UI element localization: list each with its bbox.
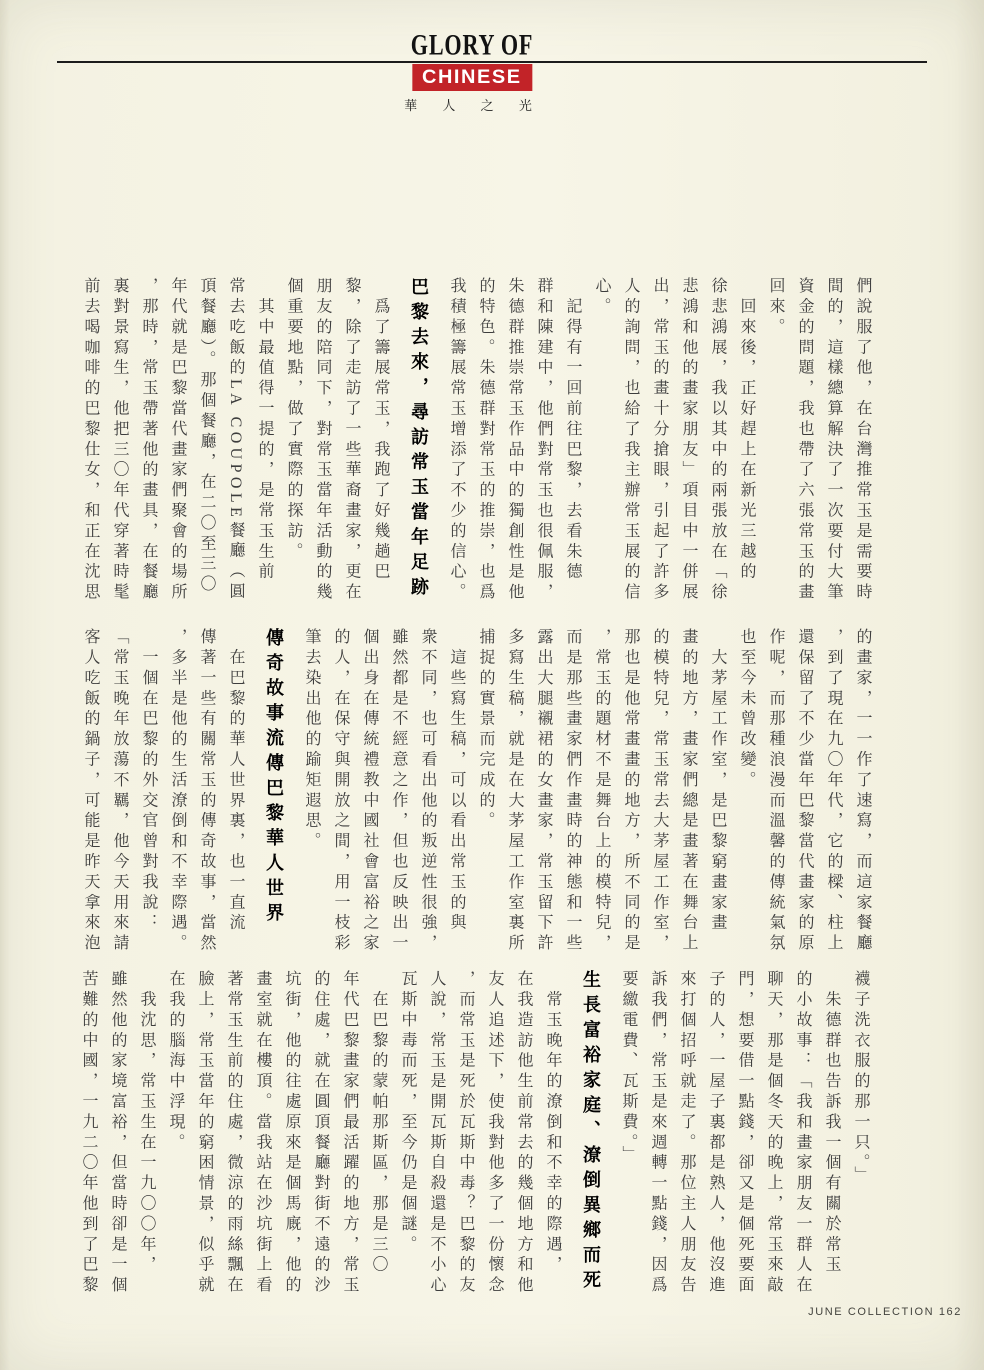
section-heading: 生長富裕家庭、潦倒異鄉而死 [576,970,605,1304]
text-column: 襪子洗衣服的那一只。」 [846,970,875,1304]
text-column: 要繳電費、瓦斯費。」 [614,970,643,1304]
magazine-page: GLORY OF CHINESE 華 人 之 光 們說服了他，在台灣推常玉是需要… [0,0,984,1370]
text-column: 前去喝咖啡的巴黎仕女，和正在沈思 [76,277,105,611]
text-column: 在巴黎的蒙帕那斯區，那是三〇 [364,970,393,1304]
masthead-subtitle: 華 人 之 光 [404,95,540,114]
text-column: 的人，在保守與開放之間，用一枝彩 [326,628,355,962]
masthead-chinese-box: CHINESE [412,64,532,91]
article-band-middle: 的畫家，一一作了速寫，而這家餐廳，到了現在九〇年代，它的樑、柱上還保留了不少當年… [76,628,877,962]
text-column: 裏對景寫生，他把三〇年代穿著時髦 [105,277,134,611]
text-column: 傳著一些有關常玉的傳奇故事，當然 [192,628,221,962]
text-column: 苦難的中國，一九二〇年他到了巴黎 [74,970,103,1304]
text-column: 畫的地方，畫家們總是畫著在舞台上 [674,628,703,962]
text-column: 資金的問題，我也帶了六張常玉的畫 [790,277,819,611]
text-column: ，多半是他的生活潦倒和不幸際遇。 [163,628,192,962]
masthead: GLORY OF CHINESE 華 人 之 光 [397,30,546,114]
text-column: 爲了籌展常玉，我跑了好幾趟巴 [366,277,395,611]
text-column: 常玉晚年的潦倒和不幸的際遇， [538,970,567,1304]
text-column: 還保留了不少當年巴黎當代畫家的原 [790,628,819,962]
text-column: 回來後，正好趕上在新光三越的 [732,277,761,611]
text-column: 畫室就在樓頂。當我站在沙坑街上看 [248,970,277,1304]
text-column: 回來。 [761,277,790,611]
text-column: 的畫家，一一作了速寫，而這家餐廳 [848,628,877,962]
text-column: 訴我們，常玉是來週轉一點錢，因爲 [643,970,672,1304]
masthead-chinese-title: CHINESE [422,67,522,89]
text-column: 常去吃飯的LA COUPOLE餐廳（圓 [221,277,250,611]
text-column: 悲鴻和他的畫家朋友」項目中一併展 [674,277,703,611]
text-column: 心。 [587,277,616,611]
text-column: 那也是他常畫畫的地方，所不同的是 [616,628,645,962]
text-column: 在巴黎的華人世界裏，也一直流 [221,628,250,962]
text-column: 的模特兒，常玉常去大茅屋工作室， [645,628,674,962]
text-column: ，而常玉是死於瓦斯中毒？巴黎的友 [451,970,480,1304]
text-column: 個出身在傳統禮教中國社會富裕之家 [355,628,384,962]
text-column: 其中最值得一提的，是常玉生前 [250,277,279,611]
text-column: 的住處，就在圓頂餐廳對街不遠的沙 [306,970,335,1304]
text-column: 著常玉生前的住處，微涼的雨絲飄在 [219,970,248,1304]
text-column: 朱德群推崇常玉作品中的獨創性是他 [500,277,529,611]
text-column: 們說服了他，在台灣推常玉是需要時 [848,277,877,611]
text-column: 雖然都是不經意之作，但也反映出一 [384,628,413,962]
text-column: 聊天，那是個冬天的晚上，常玉來敲 [759,970,788,1304]
text-column: ，那時，常玉帶著他的畫具，在餐廳 [134,277,163,611]
text-column: 我積極籌展常玉增添了不少的信心。 [442,277,471,611]
text-column: 這些寫生稿，可以看出常玉的與 [442,628,471,962]
text-column: 客人吃飯的鍋子，可能是昨天拿來泡 [76,628,105,962]
text-column: 一個在巴黎的外交官曾對我說： [134,628,163,962]
text-column: 門，想要借一點錢，卻又是個死要面 [730,970,759,1304]
article-band-bottom: 襪子洗衣服的那一只。」 朱德群也告訴我一個有關於常玉的小故事：「我和畫家朋友一群… [74,970,875,1304]
text-column: 的小故事：「我和畫家朋友一群人在 [788,970,817,1304]
text-column: 坑街，他的往處原來是個馬廐，他的 [277,970,306,1304]
text-column: 人的詢問，也給了我主辦常玉展的信 [616,277,645,611]
text-column: 筆去染出他的踰矩遐思。 [297,628,326,962]
text-column: 出，常玉的畫十分搶眼，引起了許多 [645,277,674,611]
text-column: 「常玉晚年放蕩不羈，他今天用來請 [105,628,134,962]
text-column: 多寫生稿，就是在大茅屋工作室裏所 [500,628,529,962]
text-column: 朱德群也告訴我一個有關於常玉 [817,970,846,1304]
text-column: 群和陳建中，他們對常玉也很佩服， [529,277,558,611]
page-footer: JUNE COLLECTION 162 [808,1306,962,1318]
text-column: 也至今未曾改變。 [732,628,761,962]
text-column: 的特色。朱德群對常玉的推崇，也爲 [471,277,500,611]
text-column: 間的，這樣總算解決了一次要付大筆 [819,277,848,611]
section-heading: 巴黎去來，尋訪常玉當年足跡 [404,277,433,611]
text-column: 在我的腦海中浮現。 [161,970,190,1304]
text-column: 衆不同，也可看出他的叛逆性很強， [413,628,442,962]
text-column: 徐悲鴻展，我以其中的兩張放在「徐 [703,277,732,611]
text-column: 瓦斯中毒而死，至今仍是個謎。 [393,970,422,1304]
text-column: 作呢，而那種浪漫而溫馨的傳統氣氛 [761,628,790,962]
text-column: ，到了現在九〇年代，它的樑、柱上 [819,628,848,962]
text-column: 記得有一回前往巴黎，去看朱德 [558,277,587,611]
text-column: ，常玉的題材不是舞台上的模特兒， [587,628,616,962]
text-column: 露出大腿襯裙的女畫家，常玉留下許 [529,628,558,962]
text-column: 捕捉的實景而完成的。 [471,628,500,962]
text-column: 在我造訪他生前常去的幾個地方和他 [509,970,538,1304]
text-column: 黎，除了走訪了一些華裔畫家，更在 [337,277,366,611]
text-column: 雖然他的家境富裕，但當時卻是一個 [103,970,132,1304]
text-column: 頂餐廳）。那個餐廳，在二〇至三〇 [192,277,221,611]
text-column: 年代巴黎畫家們最活躍的地方，常玉 [335,970,364,1304]
masthead-glory-title: GLORY OF [411,29,533,62]
text-column: 個重要地點，做了實際的探訪。 [279,277,308,611]
article-band-top: 們說服了他，在台灣推常玉是需要時間的，這樣總算解決了一次要付大筆資金的問題，我也… [76,277,877,611]
section-heading: 傳奇故事流傳巴黎華人世界 [259,628,288,962]
text-column: 大茅屋工作室，是巴黎窮畫家畫 [703,628,732,962]
text-column: 友人追述下，使我對他多了一份懷念 [480,970,509,1304]
text-column: 臉上，常玉當年的窮困情景，似乎就 [190,970,219,1304]
text-column: 朋友的陪同下，對常玉當年活動的幾 [308,277,337,611]
text-column: 我沈思，常玉生在一九〇〇年， [132,970,161,1304]
text-column: 子的人，一屋子裏都是熟人，他沒進 [701,970,730,1304]
text-column: 年代就是巴黎當代畫家們聚會的場所 [163,277,192,611]
text-column: 人說，常玉是開瓦斯自殺還是不小心 [422,970,451,1304]
text-column: 而是那些畫家們作畫時的神態和一些 [558,628,587,962]
text-column: 來打個招呼就走了。那位主人朋友告 [672,970,701,1304]
